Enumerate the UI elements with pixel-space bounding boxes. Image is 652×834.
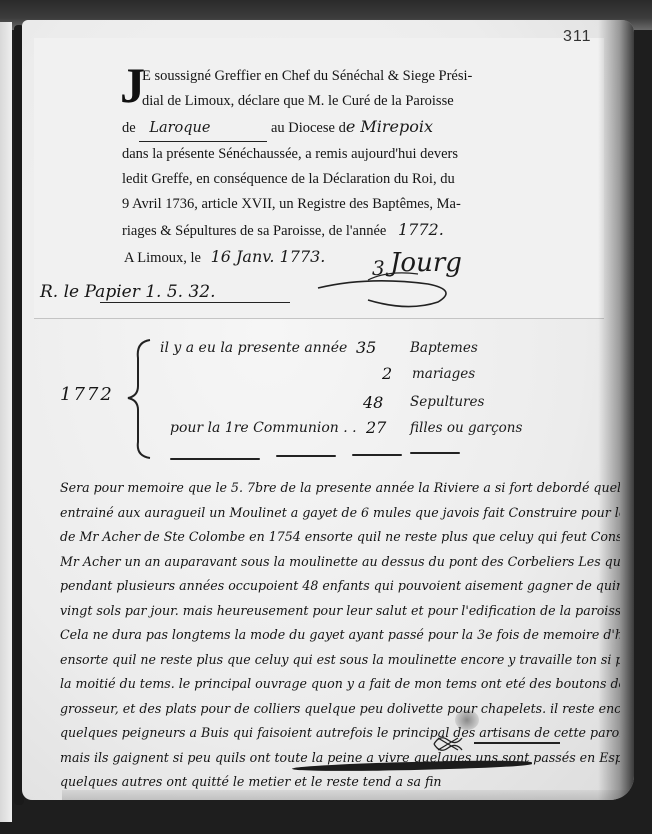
memo-line: quelques autres ont quitté le metier et … — [60, 770, 620, 795]
printed-text: de — [122, 120, 136, 136]
greffier-signature: 3 Jourg — [338, 250, 498, 310]
handwritten-year: 1772. — [390, 220, 444, 239]
printed-line-parish: de Laroque au Diocese de Mirepoix — [122, 114, 522, 142]
memo-line: de Mr Acher de Ste Colombe en 1754 ensor… — [60, 525, 620, 550]
count-communion: 27 — [366, 418, 386, 437]
summary-intro: il y a eu la presente année — [160, 340, 347, 356]
summary-underline — [352, 454, 402, 456]
summary-underline — [410, 452, 460, 454]
label-mariages: mariages — [412, 366, 475, 382]
receipt-note: R. le Papier 1. 5. 32. — [40, 282, 216, 302]
memo-line: vingt sols par jour. mais heureusement p… — [60, 599, 620, 624]
printed-declaration: E soussigné Greffier en Chef du Sénéchal… — [122, 64, 522, 271]
knot-flourish-icon — [430, 732, 466, 756]
memo-line: Sera pour memoire que le 5. 7bre de la p… — [60, 476, 620, 501]
handwritten-parish: Laroque — [139, 116, 267, 142]
memo-line: ensorte quil ne reste plus que celuy qui… — [60, 648, 620, 673]
folio-number: 311 — [563, 28, 592, 46]
summary-underline — [170, 458, 260, 460]
printed-line: E soussigné Greffier en Chef du Sénéchal… — [122, 64, 522, 89]
memo-line: Mr Acher un an auparavant sous la moulin… — [60, 550, 620, 575]
count-mariages: 2 — [382, 364, 392, 383]
memo-line: pendant plusieurs années occupoient 48 e… — [60, 574, 620, 599]
label-communion: filles ou garçons — [410, 420, 522, 436]
summary-underline — [276, 455, 336, 457]
communion-label: pour la 1re Communion . . — [170, 420, 357, 436]
memo-paragraph: Sera pour memoire que le 5. 7bre de la p… — [60, 476, 620, 795]
label-baptemes: Baptemes — [410, 340, 478, 356]
memo-line: la moitié du tems. le principal ouvrage … — [60, 672, 620, 697]
memo-line: grosseur, et des plats pour de colliers … — [60, 697, 620, 722]
memo-line: entrainé aux auragueil un Moulinet a gay… — [60, 501, 620, 526]
count-sepultures: 48 — [363, 393, 383, 412]
printed-line: dial de Limoux, déclare que M. le Curé d… — [122, 89, 522, 114]
printed-line: 9 Avril 1736, article XVII, un Registre … — [122, 192, 522, 217]
printed-line: dans la présente Sénéchaussée, a remis a… — [122, 142, 522, 167]
facing-page-edge — [0, 22, 12, 822]
ink-stain — [455, 710, 479, 730]
receipt-underline — [100, 302, 290, 303]
handwritten-diocese: e Mirepoix — [346, 117, 433, 136]
label-sepultures: Sepultures — [410, 394, 484, 410]
printed-text: au Diocese d — [271, 120, 346, 136]
printed-text: A Limoux, le — [124, 250, 201, 266]
signature-flourish-icon — [308, 250, 468, 310]
closing-dash — [474, 742, 560, 744]
count-baptemes: 35 — [356, 338, 376, 357]
printed-text: riages & Sépultures de sa Paroisse, de l… — [122, 223, 386, 239]
printed-line-year: riages & Sépultures de sa Paroisse, de l… — [122, 217, 522, 244]
memo-line: Cela ne dura pas longtems la mode du gay… — [60, 623, 620, 648]
summary-year: 1772 — [60, 384, 114, 405]
curly-brace-icon — [126, 338, 156, 460]
printed-line: ledit Greffe, en conséquence de la Décla… — [122, 167, 522, 192]
